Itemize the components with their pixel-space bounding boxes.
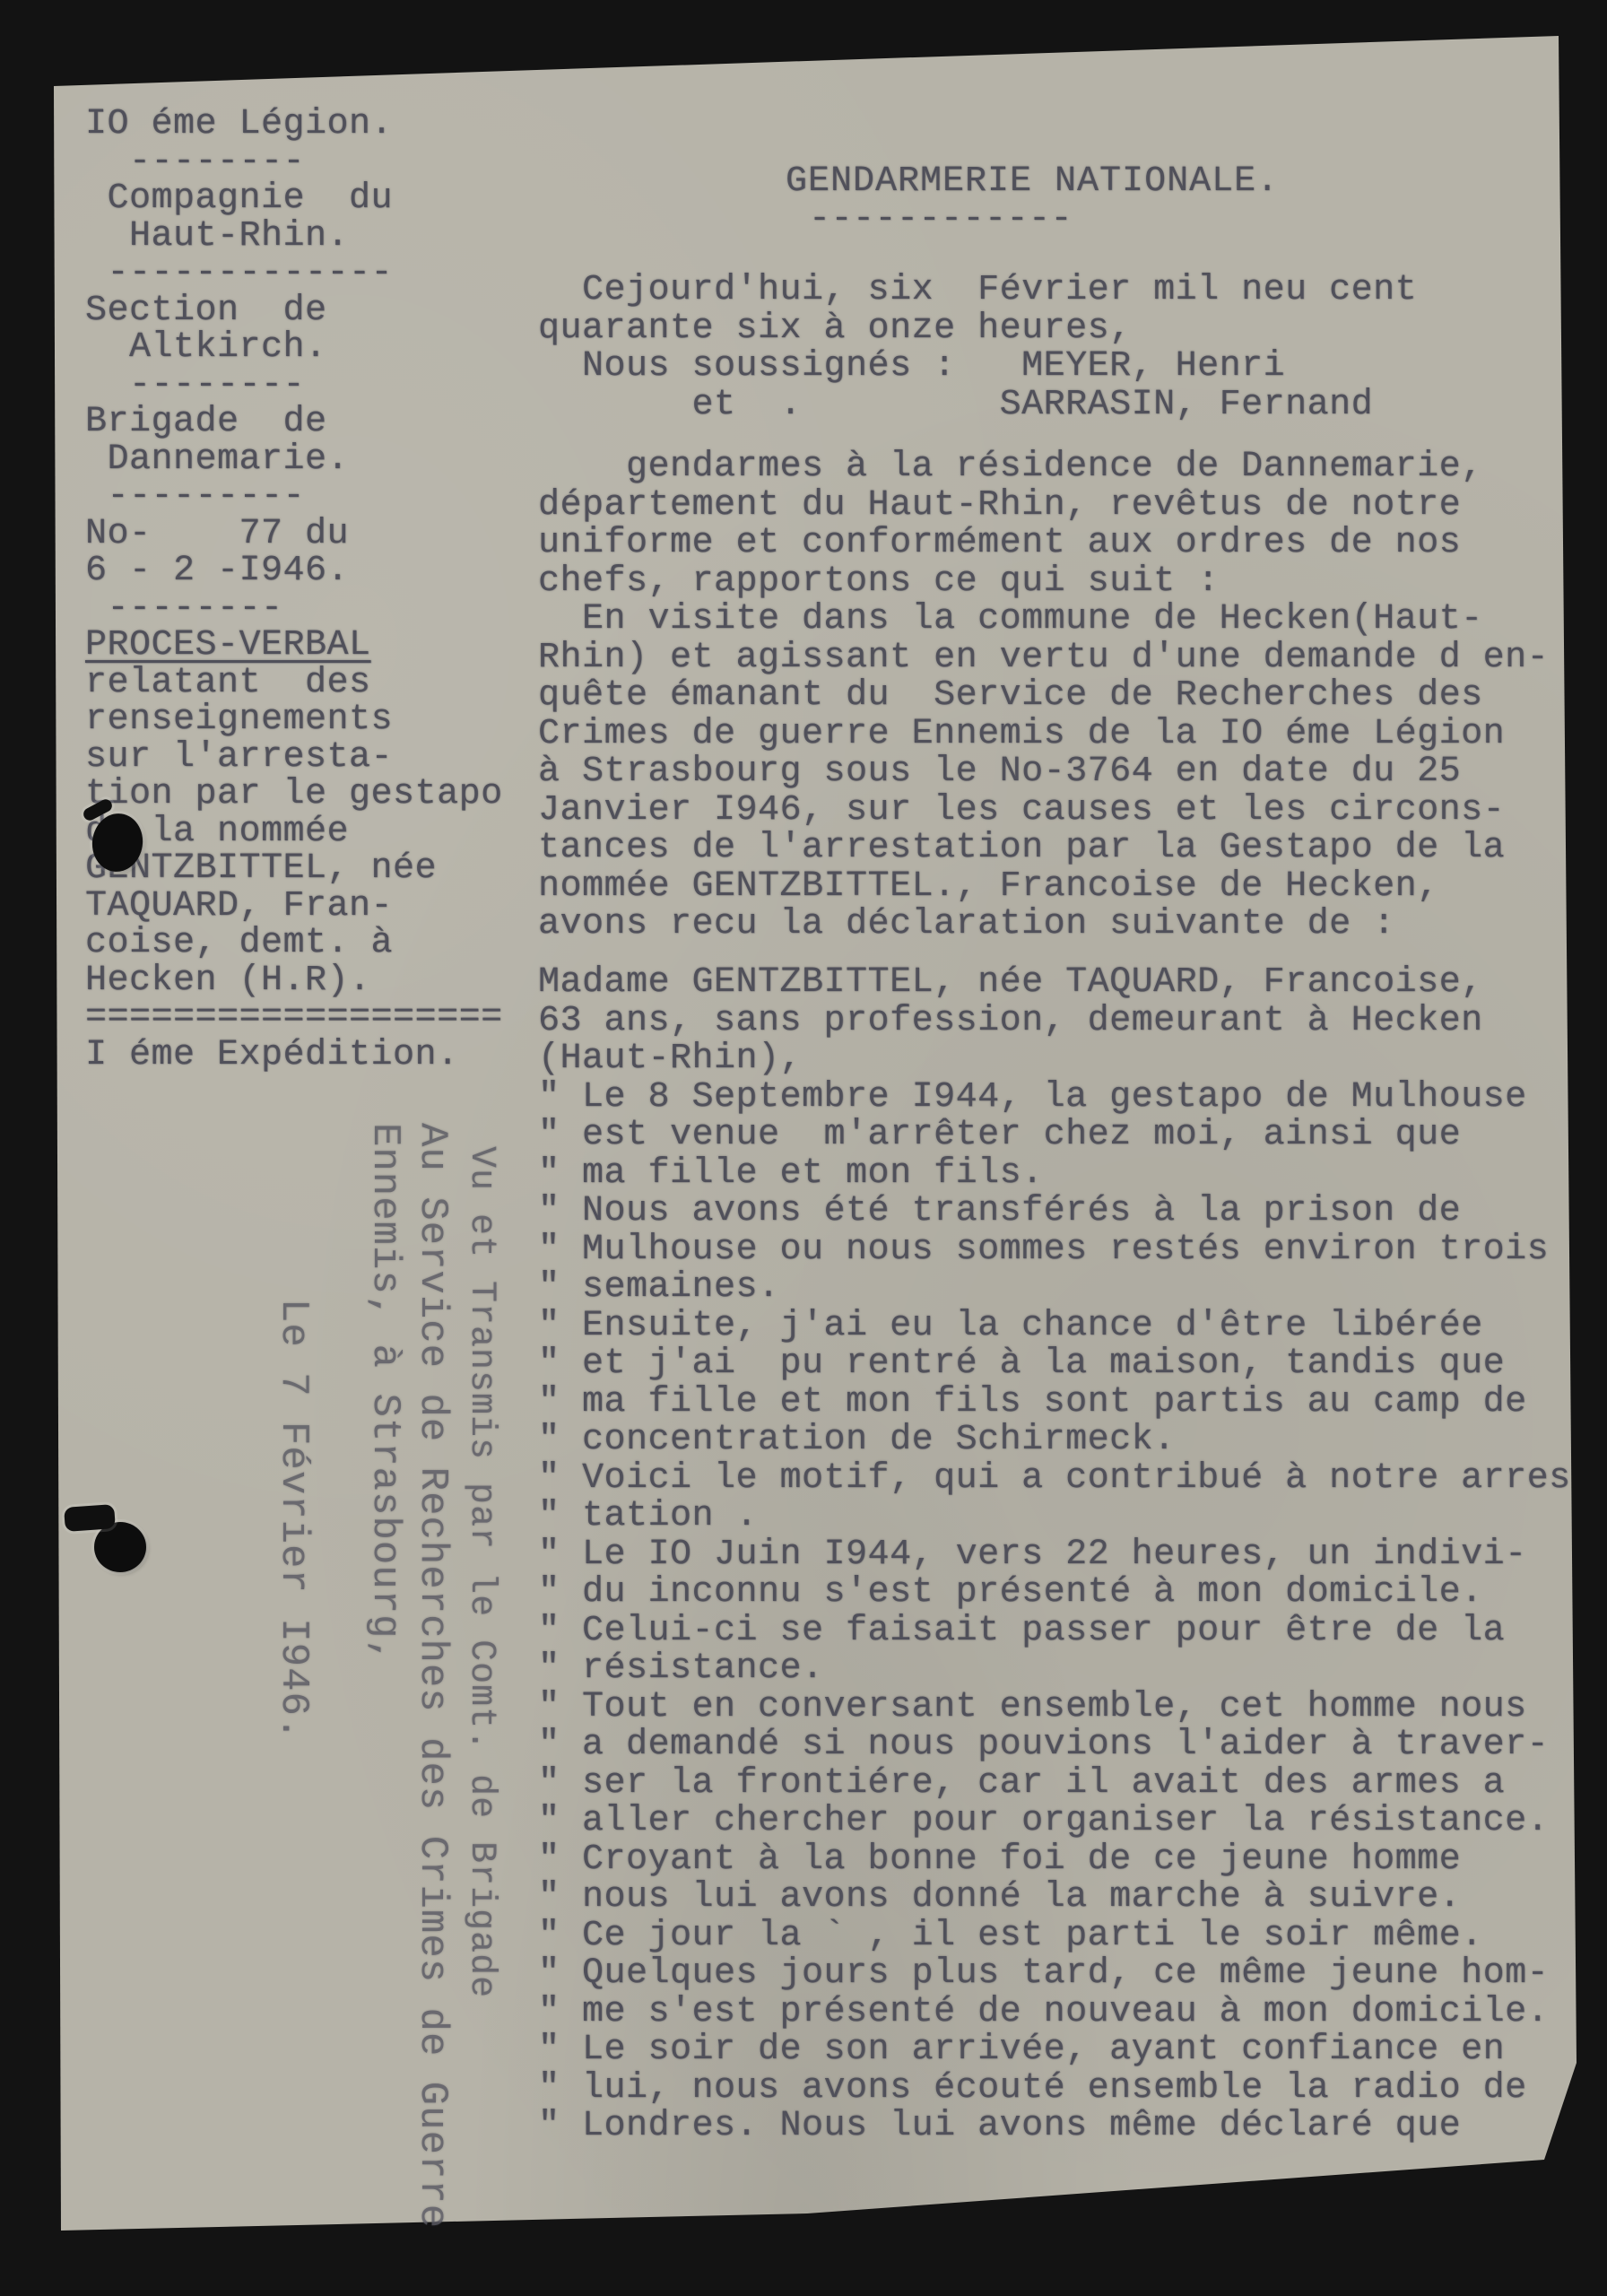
text-line: I éme Expédition. bbox=[85, 1037, 503, 1074]
text-line: Crimes de guerre Ennemis de la IO éme Lé… bbox=[538, 716, 1549, 754]
page-title: GENDARMERIE NATIONALE. bbox=[786, 161, 1279, 202]
text-line: " aller chercher pour organiser la résis… bbox=[538, 1803, 1571, 1841]
text-line: " Croyant à la bonne foi de ce jeune hom… bbox=[538, 1841, 1571, 1880]
text-line: =================== bbox=[85, 999, 503, 1037]
text-line: GENTZBITTEL, née bbox=[85, 850, 503, 888]
text-line: Hecken (H.R). bbox=[85, 962, 503, 1000]
text-line: Cejourd'hui, six Février mil neu cent bbox=[538, 272, 1417, 310]
text-line: -------- bbox=[85, 590, 503, 628]
text-line: relatant des bbox=[85, 665, 503, 702]
text-line: " est venue m'arrêter chez moi, ainsi qu… bbox=[538, 1117, 1571, 1155]
text-line: ------------- bbox=[85, 255, 503, 292]
margin-note-date: Le 7 Février I946. bbox=[262, 1299, 316, 1741]
body-intro-block: Cejourd'hui, six Février mil neu centqua… bbox=[538, 272, 1417, 424]
text-line: " Voici le motif, qui a contribué à notr… bbox=[538, 1460, 1571, 1499]
text-line: quarante six à onze heures, bbox=[538, 310, 1417, 349]
text-line: " lui, nous avons écouté ensemble la rad… bbox=[538, 2070, 1571, 2109]
text-line: nommée GENTZBITTEL., Francoise de Hecken… bbox=[538, 868, 1549, 907]
text-line: " ser la frontiére, car il avait des arm… bbox=[538, 1765, 1571, 1804]
text-line: Compagnie du bbox=[85, 180, 503, 218]
text-line: En visite dans la commune de Hecken(Haut… bbox=[538, 601, 1549, 639]
margin-note-service: Au Service de Recherches des Crimes de G… bbox=[348, 1123, 456, 2229]
text-line: tion par le gestapo bbox=[85, 776, 503, 813]
text-line: coise, demt. à bbox=[85, 925, 503, 962]
text-line: " Londres. Nous lui avons même déclaré q… bbox=[538, 2108, 1571, 2146]
text-line: -------- bbox=[85, 143, 503, 181]
text-line: sur l'arresta- bbox=[85, 739, 503, 777]
text-line: " Ce jour la ` , il est parti le soir mê… bbox=[538, 1918, 1571, 1956]
text-line: (Haut-Rhin), bbox=[538, 1040, 1571, 1079]
text-line: et . SARRASIN, Fernand bbox=[538, 387, 1417, 425]
text-line: No- 77 du bbox=[85, 516, 503, 553]
text-line: Dannemarie. bbox=[85, 441, 503, 479]
text-line: " Le 8 Septembre I944, la gestapo de Mul… bbox=[538, 1079, 1571, 1118]
text-line: " concentration de Schirmeck. bbox=[538, 1422, 1571, 1460]
text-line: quête émanant du Service de Recherches d… bbox=[538, 677, 1549, 716]
text-line: 6 - 2 -I946. bbox=[85, 552, 503, 590]
text-line: " me s'est présenté de nouveau à mon dom… bbox=[538, 1994, 1571, 2032]
text-line: Nous soussignés : MEYER, Henri bbox=[538, 348, 1417, 387]
body-report-block: gendarmes à la résidence de Dannemarie,d… bbox=[538, 448, 1549, 944]
text-line: Altkirch. bbox=[85, 329, 503, 367]
text-line: Ennemis, à Strasbourg, bbox=[360, 1123, 408, 2229]
text-line: IO éme Légion. bbox=[85, 106, 503, 143]
text-line: " a demandé si nous pouvions l'aider à t… bbox=[538, 1726, 1571, 1765]
text-line: " nous lui avons donné la marche à suivr… bbox=[538, 1879, 1571, 1918]
text-line: " Nous avons été transférés à la prison … bbox=[538, 1193, 1571, 1231]
text-line: uniforme et conformément aux ordres de n… bbox=[538, 525, 1549, 563]
body-declaration-block: Madame GENTZBITTEL, née TAQUARD, Francoi… bbox=[538, 964, 1571, 2146]
text-line: " Le soir de son arrivée, ayant confianc… bbox=[538, 2031, 1571, 2070]
text-line: " Le IO Juin I944, vers 22 heures, un in… bbox=[538, 1536, 1571, 1575]
text-line: " ma fille et mon fils. bbox=[538, 1155, 1571, 1194]
text-line: " du inconnu s'est présenté à mon domici… bbox=[538, 1574, 1571, 1613]
text-line: " tation . bbox=[538, 1498, 1571, 1536]
text-line: PROCES-VERBAL bbox=[85, 627, 503, 665]
text-line: TAQUARD, Fran- bbox=[85, 888, 503, 926]
text-line: de la nommée bbox=[85, 813, 503, 851]
punch-hole-bottom-tear bbox=[64, 1504, 116, 1532]
text-line: avons recu la déclaration suivante de : bbox=[538, 906, 1549, 944]
text-line: gendarmes à la résidence de Dannemarie, bbox=[538, 448, 1549, 487]
text-line: département du Haut-Rhin, revêtus de not… bbox=[538, 487, 1549, 526]
punch-hole-bottom bbox=[94, 1522, 146, 1572]
title-underline-rule: ------------ bbox=[809, 199, 1073, 239]
text-line: 63 ans, sans profession, demeurant à Hec… bbox=[538, 1003, 1571, 1041]
text-line: " Quelques jours plus tard, ce même jeun… bbox=[538, 1955, 1571, 1994]
text-line: Brigade de bbox=[85, 404, 503, 441]
text-line: Section de bbox=[85, 292, 503, 330]
scanned-document-page: IO éme Légion. -------- Compagnie du Hau… bbox=[0, 0, 1607, 2296]
text-line: tances de l'arrestation par la Gestapo d… bbox=[538, 830, 1549, 868]
text-line: chefs, rapportons ce qui suit : bbox=[538, 563, 1549, 602]
text-line: " résistance. bbox=[538, 1650, 1571, 1689]
text-line: " ma fille et mon fils sont partis au ca… bbox=[538, 1384, 1571, 1422]
text-line: " Ensuite, j'ai eu la chance d'être libé… bbox=[538, 1308, 1571, 1346]
text-line: Au Service de Recherches des Crimes de G… bbox=[408, 1123, 456, 2229]
left-margin-column: IO éme Légion. -------- Compagnie du Hau… bbox=[85, 106, 503, 1074]
text-line: " semaines. bbox=[538, 1269, 1571, 1308]
text-line: " et j'ai pu rentré à la maison, tandis … bbox=[538, 1345, 1571, 1384]
text-line: Haut-Rhin. bbox=[85, 218, 503, 256]
text-line: à Strasbourg sous le No-3764 en date du … bbox=[538, 753, 1549, 792]
text-line: --------- bbox=[85, 478, 503, 516]
text-line: -------- bbox=[85, 367, 503, 404]
text-line: Janvier I946, sur les causes et les circ… bbox=[538, 792, 1549, 831]
text-line: Rhin) et agissant en vertu d'une demande… bbox=[538, 639, 1549, 678]
text-line: " Tout en conversant ensemble, cet homme… bbox=[538, 1689, 1571, 1727]
text-line: Madame GENTZBITTEL, née TAQUARD, Francoi… bbox=[538, 964, 1571, 1003]
text-line: " Celui-ci se faisait passer pour être d… bbox=[538, 1613, 1571, 1651]
text-line: renseignements bbox=[85, 701, 503, 739]
text-line: " Mulhouse ou nous sommes restés environ… bbox=[538, 1231, 1571, 1270]
